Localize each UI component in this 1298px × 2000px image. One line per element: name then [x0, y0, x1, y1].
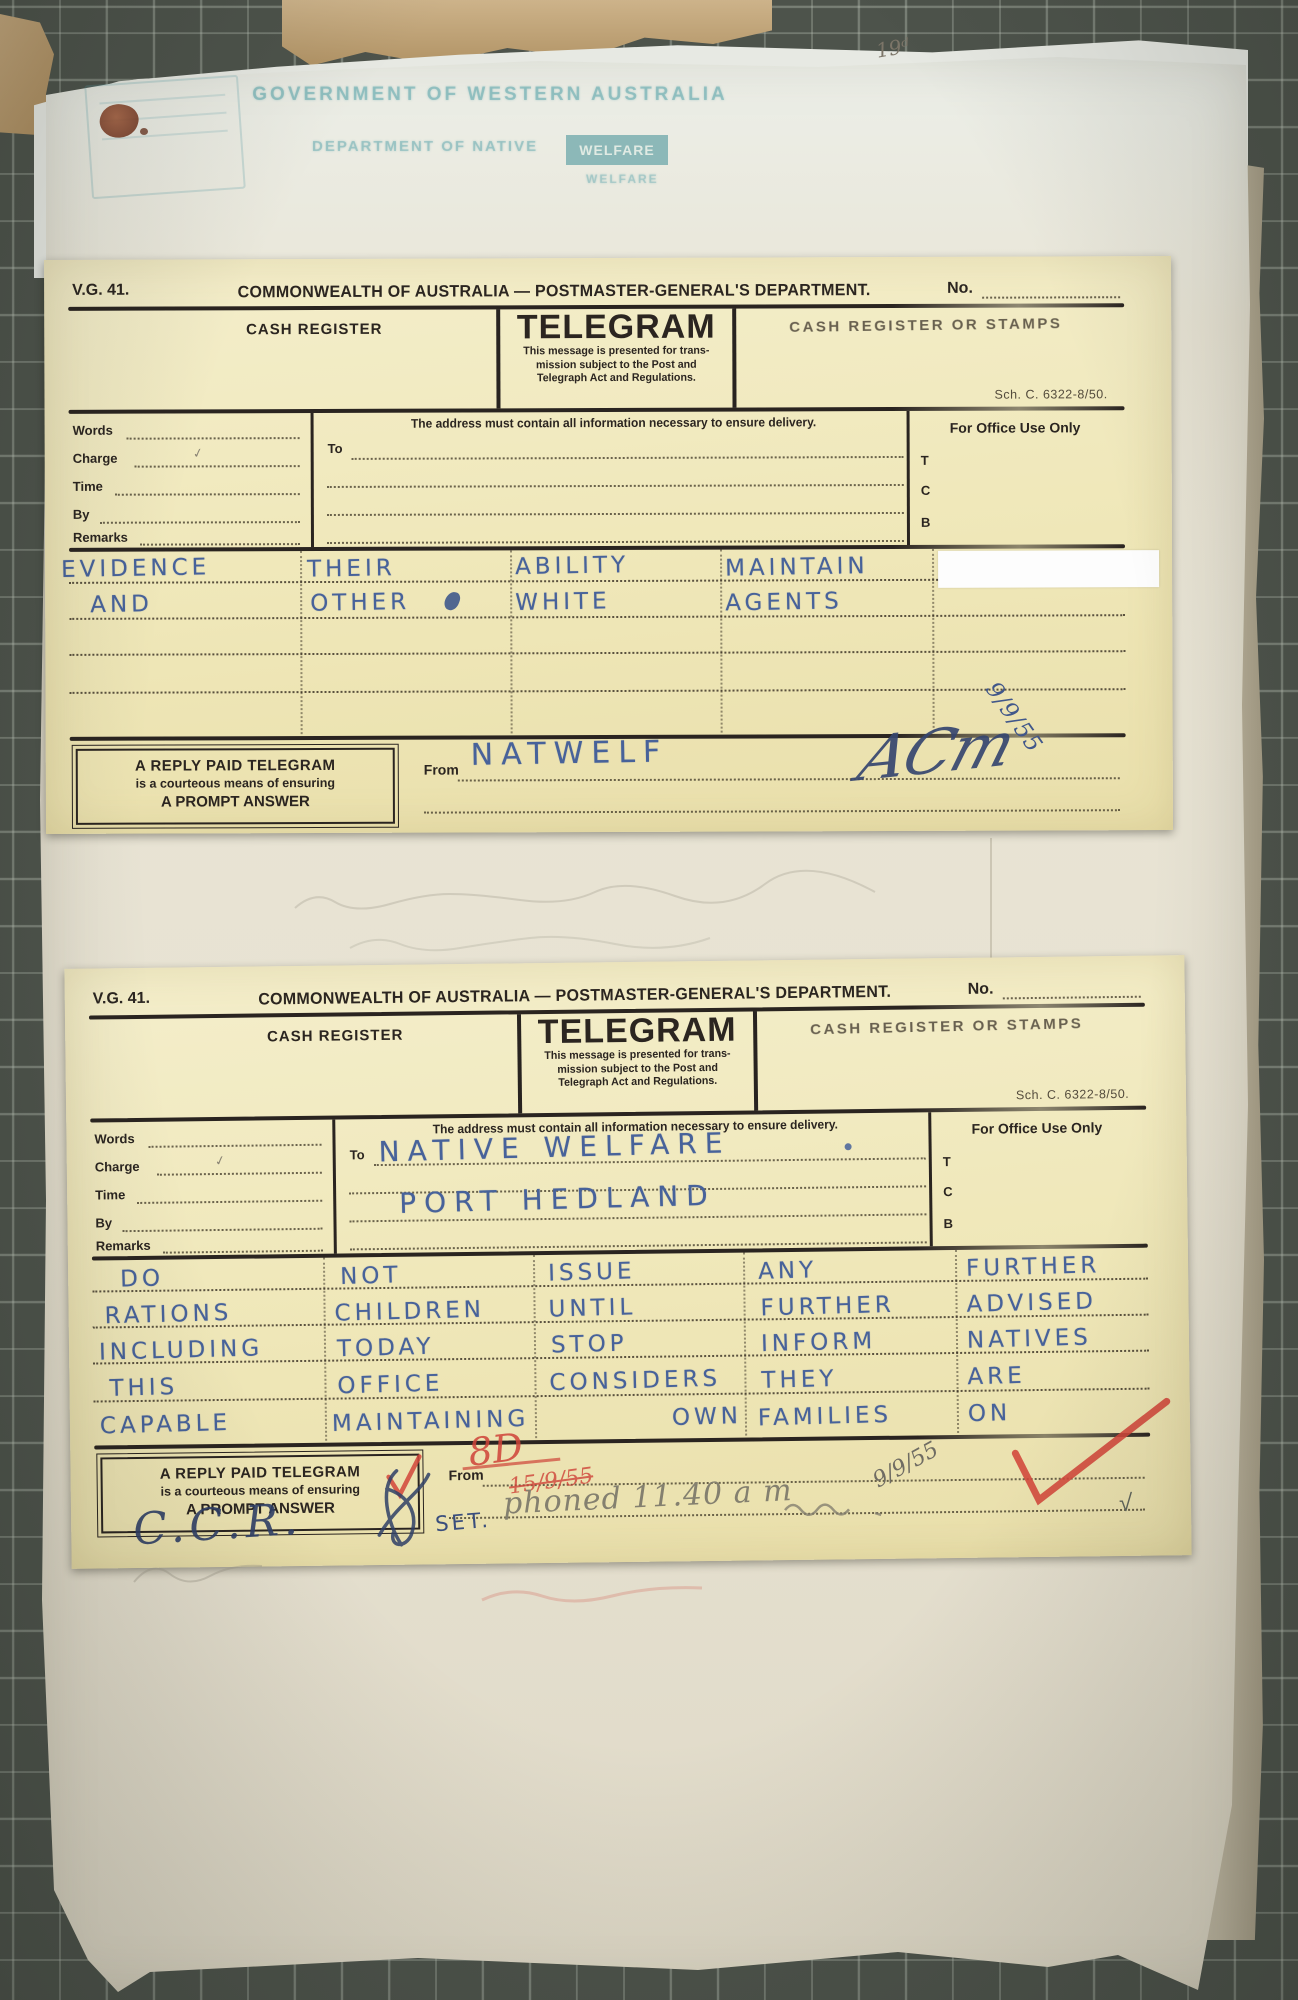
redaction-box	[938, 550, 1159, 588]
message-word: DO	[120, 1265, 164, 1292]
message-word: ISSUE	[548, 1258, 636, 1286]
message-word: STOP	[551, 1330, 628, 1358]
message-word: TODAY	[337, 1334, 435, 1363]
signature: ACm	[850, 707, 1022, 795]
ink-dot	[845, 1143, 852, 1150]
message-word: INCLUDING	[99, 1335, 264, 1365]
message-word: AND	[90, 591, 153, 618]
message-word: RATIONS	[104, 1300, 232, 1329]
bleed-through-highlight: WELFARE	[566, 135, 668, 165]
message-word: UNTIL	[548, 1294, 636, 1322]
message-word: ANY	[758, 1257, 818, 1285]
message-word: WHITE	[515, 588, 611, 616]
ink-speck	[140, 128, 148, 135]
message-word: THEIR	[307, 555, 396, 583]
small-check: √	[1119, 1490, 1133, 1518]
message-word: CAPABLE	[100, 1410, 232, 1439]
message-word: ADVISED	[966, 1288, 1097, 1317]
message-word: EVIDENCE	[61, 554, 211, 583]
ink-monogram	[366, 1464, 439, 1553]
telegram-form-lower: V.G. 41. COMMONWEALTH OF AUSTRALIA — POS…	[64, 955, 1191, 1569]
message-word: NOT	[340, 1262, 402, 1290]
pencil-tail	[130, 1552, 270, 1594]
bleed-through-heading: GOVERNMENT OF WESTERN AUSTRALIA	[250, 84, 730, 106]
message-word: OFFICE	[337, 1371, 444, 1400]
faint-pencil-writing	[290, 878, 890, 968]
message-word: FURTHER	[760, 1292, 895, 1322]
telegram-form-upper: V.G. 41. COMMONWEALTH OF AUSTRALIA — POS…	[44, 256, 1173, 834]
message-word: NATIVES	[967, 1324, 1092, 1353]
paper-crease	[990, 838, 992, 968]
red-bleed-mark	[478, 1584, 708, 1608]
message-word: ABILITY	[515, 552, 629, 580]
message-word: THIS	[109, 1374, 178, 1402]
archival-photo: GOVERNMENT OF WESTERN AUSTRALIA DEPARTME…	[0, 0, 1298, 2000]
pencil-squiggle	[783, 1499, 893, 1518]
message-word: AGENTS	[725, 588, 843, 616]
set-note: SET.	[434, 1508, 491, 1536]
red-tick-big	[1005, 1393, 1176, 1510]
ink-initials: C.C.R.	[132, 1494, 304, 1556]
pencil-date: 9/9/55	[869, 1437, 943, 1493]
message-word: ARE	[967, 1363, 1026, 1391]
faded-stamp	[84, 75, 246, 199]
message-word: FURTHER	[966, 1252, 1101, 1282]
message-word: MAINTAIN	[725, 553, 869, 582]
bleed-through-ghost: WELFARE	[586, 172, 659, 186]
message-word: INFORM	[761, 1328, 877, 1357]
message-word: CHILDREN	[334, 1297, 485, 1327]
message-word: OTHER	[310, 589, 410, 617]
message-word: CONSIDERS	[549, 1366, 721, 1396]
to-value-line2: PORT HEDLAND	[399, 1179, 716, 1220]
from-value: NATWELF	[470, 734, 668, 772]
message-word: OWN	[672, 1403, 743, 1431]
handwriting-layer: EVIDENCE THEIR ABILITY MAINTAIN AND OTHE…	[44, 256, 1173, 834]
message-word: THEY	[761, 1366, 838, 1394]
message-word: FAMILIES	[758, 1402, 893, 1432]
to-value-line1: NATIVE WELFARE	[378, 1126, 731, 1168]
ink-blot	[442, 590, 462, 613]
handwriting-layer: NATIVE WELFARE PORT HEDLAND DO NOT ISSUE…	[64, 955, 1191, 1569]
bleed-through-subheading: DEPARTMENT OF NATIVE	[312, 138, 538, 155]
